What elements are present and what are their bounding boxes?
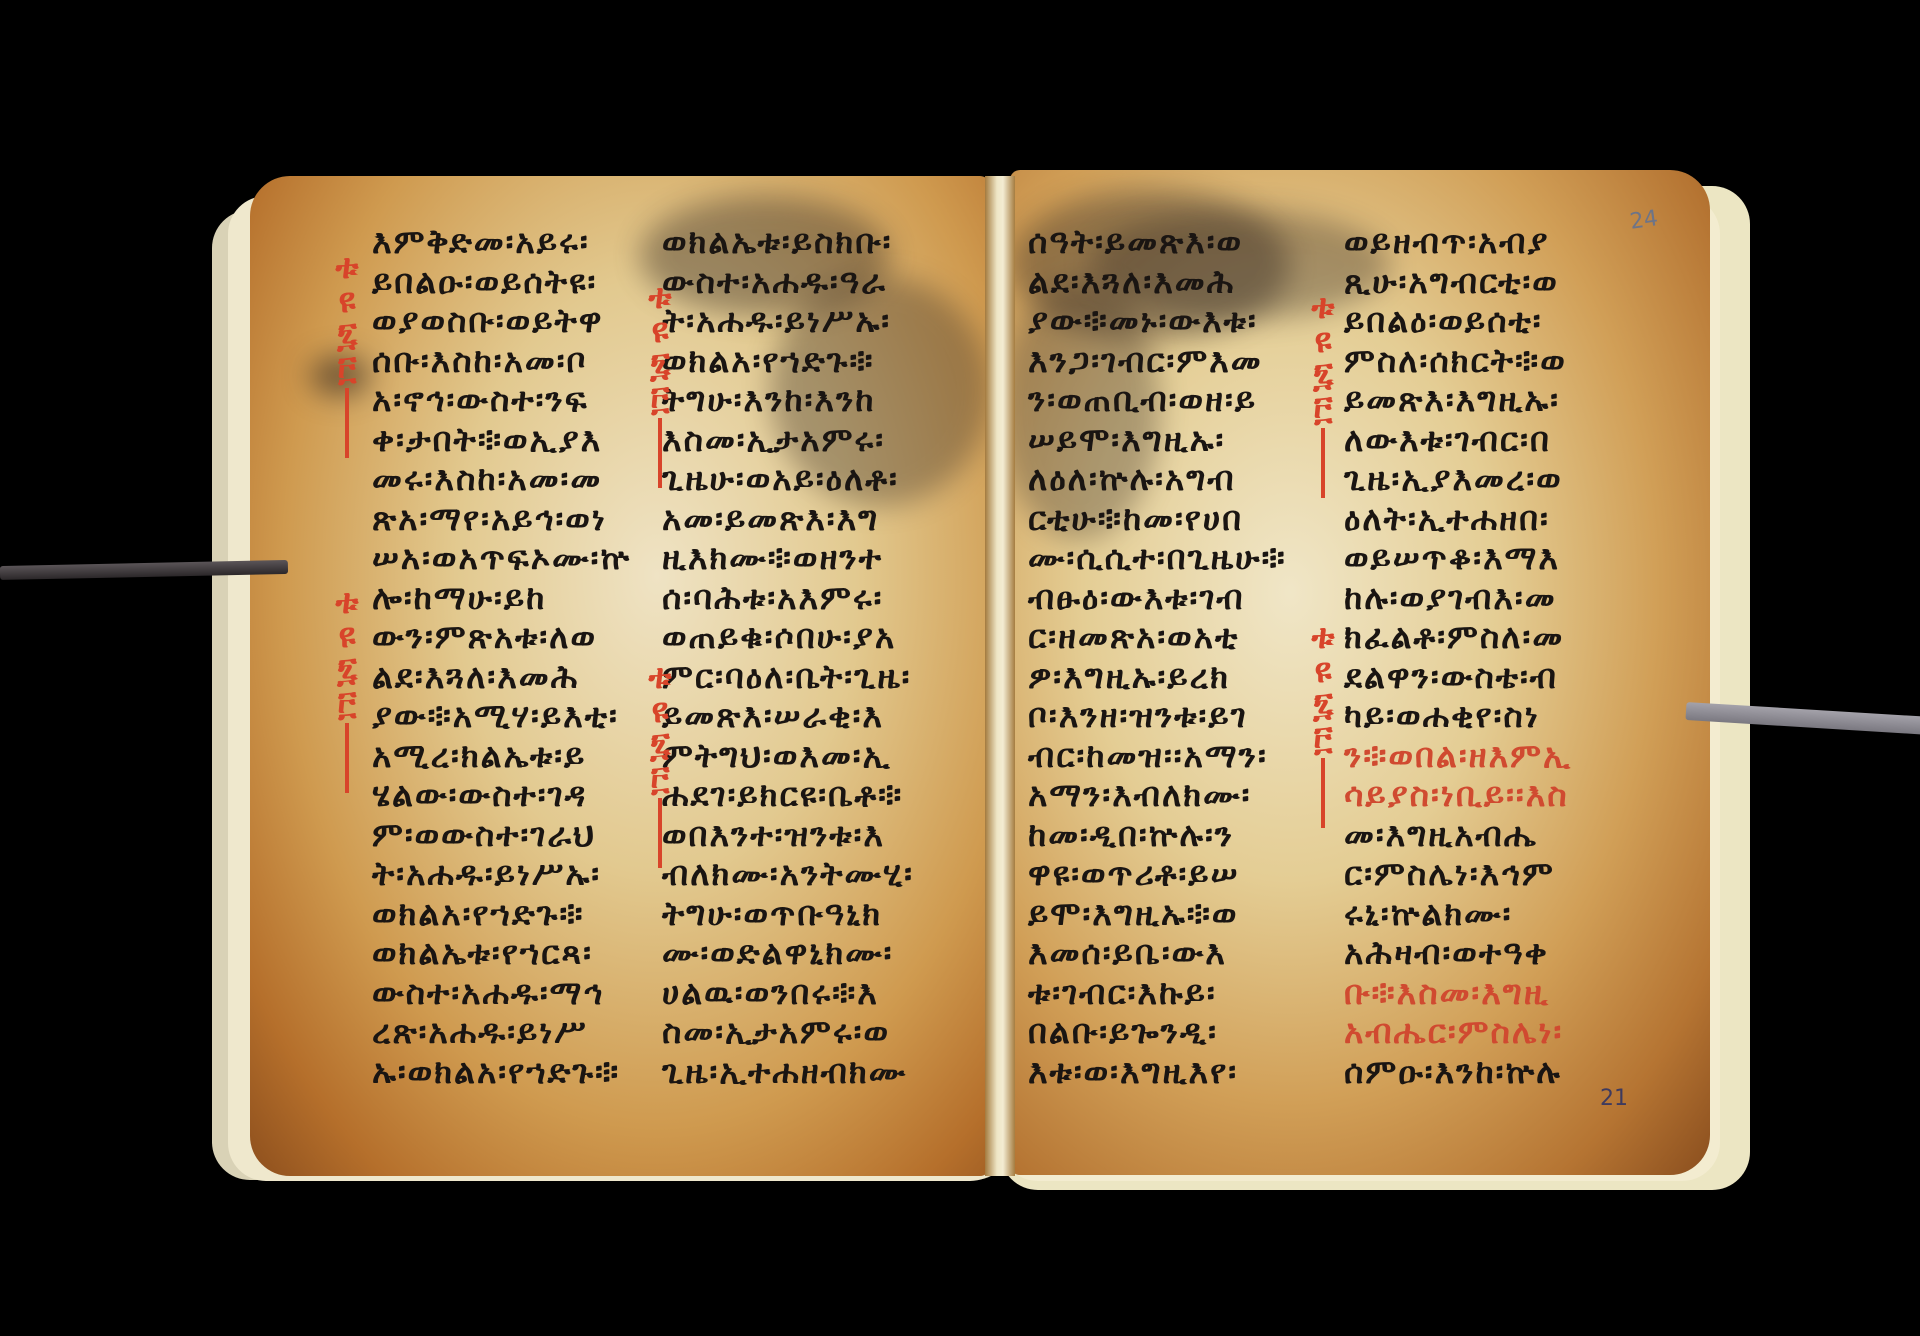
text-line: እምቅድመ፡አይሩ፡: [372, 222, 631, 262]
text-line: ወበእንተ፡ዝንቱ፡እ: [662, 815, 914, 855]
text-line: አማን፡እብለክሙ፡: [1028, 775, 1287, 815]
text-line: ት፡አሐዱ፡ይነሥኡ፡: [372, 854, 631, 894]
right-page-column-2: ወይዘብጥ፡አብያጺሁ፡አግብርቲ፡ወይበልዕ፡ወይሰቲ፡ምስለ፡ሰክርት፨ወይ…: [1344, 222, 1572, 1091]
text-line: ይበልዑ፡ወይሰትዩ፡: [372, 262, 631, 302]
text-line: ውስተ፡አሐዱ፡ማኅ: [372, 973, 631, 1013]
text-line: ርቲሁ፨ከመ፡የሀበ: [1028, 499, 1287, 539]
text-line: ልደ፡እጓለ፡እመሕ: [1028, 262, 1287, 302]
text-line: ስመ፡ኢታአምሩ፡ወ: [662, 1012, 914, 1052]
text-line: ሙ፡ሲሲተ፡በጊዜሁ፨: [1028, 538, 1287, 578]
text-line: ወይሠጥቆ፡እማእ: [1344, 538, 1572, 578]
text-line: ወጠይቁ፡ሶበሁ፡ያአ: [662, 617, 914, 657]
text-line: ካይ፡ወሐቂየ፡ስነ: [1344, 696, 1572, 736]
text-line: ቀ፡ታበት፨ወኢያእ: [372, 420, 631, 460]
text-line: ጺሁ፡አግብርቲ፡ወ: [1344, 262, 1572, 302]
text-line: ም፡ወውስተ፡ገራህ: [372, 815, 631, 855]
text-line: ያው፨መኑ፡ውእቱ፡: [1028, 301, 1287, 341]
text-line: ይመጽእ፡ሠራቂ፡እ: [662, 696, 914, 736]
text-line: ሐደገ፡ይክርዩ፡ቤቶ፨: [662, 775, 914, 815]
text-line: ሠይሞ፡እግዚኡ፡: [1028, 420, 1287, 460]
text-line: እቱ፡ወ፡እግዚእየ፡: [1028, 1052, 1287, 1092]
text-line: ምር፡ባዕለ፡ቤት፡ጊዜ፡: [662, 657, 914, 697]
book-gutter: [985, 176, 1015, 1176]
margin-ornament: ቱዩ፯፫: [332, 250, 362, 458]
text-line: ብር፡ከመዝ፡፡አማን፡: [1028, 736, 1287, 776]
folio-number-top: 24: [1628, 206, 1659, 235]
folio-number-bottom: 21: [1600, 1086, 1628, 1111]
text-line: ጊዜ፡ኢተሐዘብክሙ: [662, 1052, 914, 1092]
text-line: ኡ፡ወክልአ፡የኀድጉ፨: [372, 1052, 631, 1092]
manuscript-photo: እምቅድመ፡አይሩ፡ይበልዑ፡ወይሰትዩ፡ወያወስቡ፡ወይትዋሰቡ፡እስከ፡አመ…: [0, 0, 1920, 1336]
text-line: ሙ፡ወድልዋኒክሙ፡: [662, 933, 914, 973]
text-line: ር፡ምስሌነ፡እኅም: [1344, 854, 1572, 894]
right-page-column-1: ሰዓት፡ይመጽእ፡ወልደ፡እጓለ፡እመሕያው፨መኑ፡ውእቱ፡እንጋ፡ገብር፡ምእ…: [1028, 222, 1287, 1091]
text-line: ዋዩ፡ወጥሪቶ፡ይሠ: [1028, 854, 1287, 894]
text-line: ውን፡ምጽአቱ፡ለወ: [372, 617, 631, 657]
text-line: ዕለት፡ኢተሐዘበ፡: [1344, 499, 1572, 539]
left-page-column-2: ወክልኤቱ፡ይስክቡ፡ውስተ፡አሐዱ፡ዓራት፡አሐዱ፡ይነሥኡ፡ወክልአ፡የኀድ…: [662, 222, 914, 1091]
text-line: ከመ፡ዲበ፡ኵሉ፡ን: [1028, 815, 1287, 855]
text-line: ን፡ወጠቢብ፡ወዘ፡ይ: [1028, 380, 1287, 420]
text-line: በልቡ፡ይጐንዲ፡: [1028, 1012, 1287, 1052]
margin-ornament: ቱዩ፯፫: [1308, 620, 1338, 828]
text-line: ዎ፡እግዚኡ፡ይረክ: [1028, 657, 1287, 697]
text-line: አሚረ፡ክልኤቱ፡ይ: [372, 736, 631, 776]
text-line: ወክልአ፡የኀድጉ፨: [372, 894, 631, 934]
text-line: ውስተ፡አሐዱ፡ዓራ: [662, 262, 914, 302]
text-line: ሀልዉ፡ወንበሩ፨እ: [662, 973, 914, 1013]
text-line: ለዕለ፡ኵሉ፡አግብ: [1028, 459, 1287, 499]
text-line: ቦ፡እንዘ፡ዝንቱ፡ይገ: [1028, 696, 1287, 736]
margin-ornament: ቱዩ፯፫: [645, 660, 675, 868]
text-line: እመሰ፡ይቤ፡ውእ: [1028, 933, 1287, 973]
text-line: አሕዛብ፡ወተዓቀ: [1344, 933, 1572, 973]
text-line: ር፡ዘመጽአ፡ወአቲ: [1028, 617, 1287, 657]
text-line: ብለክሙ፡አንትሙሂ፡: [662, 854, 914, 894]
text-line: ጽአ፡ማየ፡አይኅ፡ወነ: [372, 499, 631, 539]
text-line: ዚእክሙ፨ወዘንተ: [662, 538, 914, 578]
text-line: ሄልው፡ውስተ፡ገዳ: [372, 775, 631, 815]
text-line: መሩ፡እስከ፡አመ፡መ: [372, 459, 631, 499]
text-line: ሩኒ፡ኵልክሙ፡: [1344, 894, 1572, 934]
text-line: ከሉ፡ወያገብእ፡መ: [1344, 578, 1572, 618]
text-line: ይሞ፡እግዚኡ፨ወ: [1028, 894, 1287, 934]
text-line: ሰዓት፡ይመጽእ፡ወ: [1028, 222, 1287, 262]
text-line: ትግሁ፡እንከ፡እንከ: [662, 380, 914, 420]
text-line: አብሔር፡ምስሌነ፡: [1344, 1012, 1572, 1052]
text-line: ምትግህ፡ወእመ፡ኢ: [662, 736, 914, 776]
text-line: ቱ፡ገብር፡እኩይ፡: [1028, 973, 1287, 1013]
text-line: ሰምዑ፡እንከ፡ኵሉ: [1344, 1052, 1572, 1092]
text-line: ሰቡ፡እስከ፡አመ፡ቦ: [372, 341, 631, 381]
margin-ornament: ቱዩ፯፫: [332, 585, 362, 793]
text-line: እንጋ፡ገብር፡ምእመ: [1028, 341, 1287, 381]
text-line: ምስለ፡ሰክርት፨ወ: [1344, 341, 1572, 381]
text-line: ያው፨አሚሃ፡ይእቲ፡: [372, 696, 631, 736]
text-line: ሰ፡ባሕቱ፡አእምሩ፡: [662, 578, 914, 618]
text-line: ጊዜ፡ኢያእመረ፡ወ: [1344, 459, 1572, 499]
text-line: ብፁዕ፡ውእቱ፡ገብ: [1028, 578, 1287, 618]
text-line: ወክልአ፡የኀድጉ፨: [662, 341, 914, 381]
text-line: ለውእቱ፡ገብር፡በ: [1344, 420, 1572, 460]
text-line: ደልዋን፡ውስቴ፡ብ: [1344, 657, 1572, 697]
text-line: አመ፡ይመጽእ፡እግ: [662, 499, 914, 539]
text-line: ሎ፡ከማሁ፡ይከ: [372, 578, 631, 618]
text-line: መ፡እግዚአብሔ: [1344, 815, 1572, 855]
text-line: እስመ፡ኢታአምሩ፡: [662, 420, 914, 460]
margin-ornament: ቱዩ፯፫: [645, 280, 675, 488]
text-line: ልደ፡እጓለ፡እመሕ: [372, 657, 631, 697]
text-line: ይመጽእ፡እግዚኡ፡: [1344, 380, 1572, 420]
text-line: ጊዜሁ፡ወአይ፡ዕለቶ፡: [662, 459, 914, 499]
text-line: ቡ፨እስመ፡እግዚ: [1344, 973, 1572, 1013]
text-line: ሳይያስ፡ነቢይ፡፡እስ: [1344, 775, 1572, 815]
text-line: ይበልዕ፡ወይሰቲ፡: [1344, 301, 1572, 341]
text-line: ክፈልቶ፡ምስለ፡መ: [1344, 617, 1572, 657]
text-line: ወክልኤቱ፡ይስክቡ፡: [662, 222, 914, 262]
text-line: ወክልኤቱ፡የኀርጻ፡: [372, 933, 631, 973]
text-line: ወያወስቡ፡ወይትዋ: [372, 301, 631, 341]
text-line: ን፨ወበል፡ዘእምኢ: [1344, 736, 1572, 776]
text-line: አ፡ኖኅ፡ውስተ፡ንፍ: [372, 380, 631, 420]
text-line: ወይዘብጥ፡አብያ: [1344, 222, 1572, 262]
text-line: ሠአ፡ወአጥፍኦሙ፡ኵ: [372, 538, 631, 578]
text-line: ትግሁ፡ወጥቡዓኒክ: [662, 894, 914, 934]
left-page-column-1: እምቅድመ፡አይሩ፡ይበልዑ፡ወይሰትዩ፡ወያወስቡ፡ወይትዋሰቡ፡እስከ፡አመ…: [372, 222, 631, 1091]
text-line: ት፡አሐዱ፡ይነሥኡ፡: [662, 301, 914, 341]
text-line: ረጽ፡አሐዱ፡ይነሥ: [372, 1012, 631, 1052]
margin-ornament: ቱዩ፯፫: [1308, 290, 1338, 498]
